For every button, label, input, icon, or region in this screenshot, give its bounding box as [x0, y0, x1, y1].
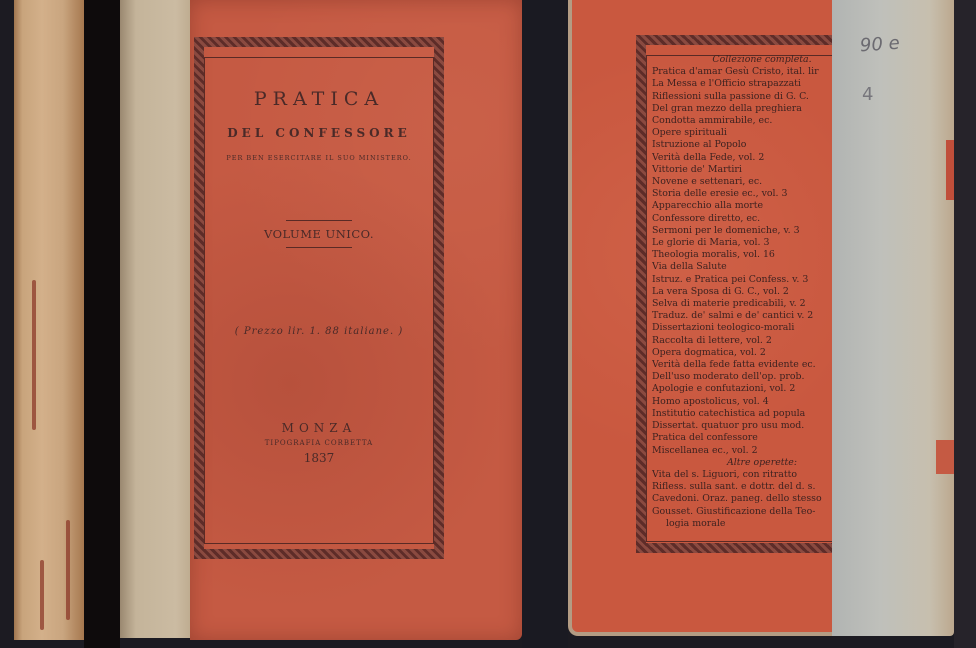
- front-spine-paper: [120, 0, 200, 638]
- list-item: Dissertazioni teologico-morali: [652, 322, 832, 334]
- volume-label: VOLUME UNICO.: [206, 227, 432, 241]
- list-item: Gousset. Giustificazione della Teo-: [652, 506, 832, 518]
- list-item: Homo apostolicus, vol. 4: [652, 396, 832, 408]
- list-item: Istruz. e Pratica pei Confess. v. 3: [652, 274, 832, 286]
- list-item: Pratica del confessore: [652, 432, 832, 444]
- list-item: Verità della Fede, vol. 2: [652, 152, 832, 164]
- list-item: Miscellanea ec., vol. 2: [652, 445, 832, 457]
- list-item: Confessore diretto, ec.: [652, 213, 832, 225]
- spine-wear: [66, 520, 70, 620]
- year-label: 1837: [206, 451, 432, 465]
- background-gap: [84, 0, 120, 648]
- list-item: Storia delle eresie ec., vol. 3: [652, 188, 832, 200]
- list-item: Verità della fede fatta evidente ec.: [652, 359, 832, 371]
- list-item: Raccolta di lettere, vol. 2: [652, 335, 832, 347]
- list-item: La Messa e l'Officio strapazzati: [652, 78, 832, 90]
- printer-label: TIPOGRAFIA CORBETTA: [206, 439, 432, 447]
- list-item: Del gran mezzo della preghiera: [652, 103, 832, 115]
- list-item: Via della Salute: [652, 261, 832, 273]
- list-item: Istruzione al Popolo: [652, 139, 832, 151]
- list-item: Pratica d'amar Gesù Cristo, ital. lir: [652, 66, 832, 78]
- list-item: Le glorie di Maria, vol. 3: [652, 237, 832, 249]
- book-subtitle: DEL CONFESSORE: [206, 126, 432, 140]
- list-item: Cavedoni. Oraz. paneg. dello stesso: [652, 493, 832, 505]
- spine-wear: [32, 280, 36, 430]
- catalogue-list: Collezione completa. Pratica d'amar Gesù…: [652, 54, 832, 530]
- list-item: Vita del s. Liguori, con ritratto: [652, 469, 832, 481]
- list-item: Selva di materie predicabili, v. 2: [652, 298, 832, 310]
- list-item: Rifless. sulla sant. e dottr. del d. s.: [652, 481, 832, 493]
- handwritten-note: 4: [862, 84, 873, 105]
- list-item: Dell'uso moderato dell'op. prob.: [652, 371, 832, 383]
- background-gap: [522, 0, 568, 648]
- list-item: Theologia moralis, vol. 16: [652, 249, 832, 261]
- book-tagline: PER BEN ESERCITARE IL SUO MINISTERO.: [206, 154, 432, 162]
- list-item: La vera Sposa di G. C., vol. 2: [652, 286, 832, 298]
- spine-wear: [40, 560, 44, 630]
- front-cover-text: PRATICA DEL CONFESSORE PER BEN ESERCITAR…: [206, 60, 432, 465]
- catalogue-subheading: Altre operette:: [652, 457, 832, 469]
- back-spine-paper-label: [832, 0, 954, 636]
- list-item: Opere spirituali: [652, 127, 832, 139]
- city-label: MONZA: [206, 421, 432, 435]
- list-item: logia morale: [652, 518, 832, 530]
- handwritten-note: 90 e: [859, 33, 900, 57]
- list-item: Institutio catechistica ad popula: [652, 408, 832, 420]
- book-title: PRATICA: [206, 88, 432, 110]
- cover-remnant: [946, 140, 954, 200]
- list-item: Vittorie de' Martiri: [652, 164, 832, 176]
- list-item: Apparecchio alla morte: [652, 200, 832, 212]
- list-item: Traduz. de' salmi e de' cantici v. 2: [652, 310, 832, 322]
- book-spine: [14, 0, 84, 640]
- background-edge: [954, 0, 976, 648]
- cover-remnant: [936, 440, 954, 474]
- divider: [286, 220, 352, 221]
- list-item: Novene e settenari, ec.: [652, 176, 832, 188]
- list-item: Dissertat. quatuor pro usu mod.: [652, 420, 832, 432]
- price-label: ( Prezzo lir. 1. 88 italiane. ): [206, 326, 432, 337]
- list-item: Condotta ammirabile, ec.: [652, 115, 832, 127]
- list-item: Sermoni per le domeniche, v. 3: [652, 225, 832, 237]
- list-item: Opera dogmatica, vol. 2: [652, 347, 832, 359]
- list-item: Riflessioni sulla passione di G. C.: [652, 91, 832, 103]
- list-item: Apologie e confutazioni, vol. 2: [652, 383, 832, 395]
- catalogue-heading: Collezione completa.: [652, 54, 832, 66]
